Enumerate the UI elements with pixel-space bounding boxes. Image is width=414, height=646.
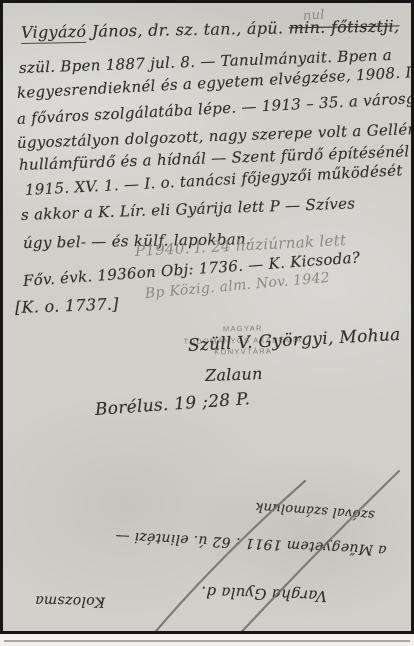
- scanned-archive-card: nul Vigyázó János, dr. sz. tan., ápü. mi…: [0, 0, 414, 646]
- handwriting-title-line: Vigyázó János, dr. sz. tan., ápü. min. f…: [21, 16, 400, 42]
- title-middle-text: János, dr. sz. tan., ápü.: [86, 18, 289, 41]
- inverted-handwriting-line: a Műegyetem 1911 : 62 ú. elintézi —: [115, 528, 387, 558]
- reference-line: [K. o. 1737.]: [15, 294, 119, 317]
- signature-line: Borélus. 19 ;28 P.: [94, 389, 250, 420]
- scan-shadow-line: [4, 640, 410, 642]
- handwriting-line: s akkor a K. Lír. eli Gyárija lett P — S…: [21, 194, 356, 224]
- person-name-underlined: Vigyázó: [21, 22, 87, 44]
- inverted-handwriting-line: Kolozsma: [35, 592, 105, 609]
- paper-card: nul Vigyázó János, dr. sz. tan., ápü. mi…: [0, 0, 414, 634]
- inverted-handwriting-line: szóval számolunk: [255, 499, 376, 522]
- signature-line: Zalaun: [205, 364, 263, 385]
- inverted-handwriting-line: Vargha Gyula d.: [201, 583, 328, 605]
- struck-word: min. főtisztji,: [289, 16, 400, 37]
